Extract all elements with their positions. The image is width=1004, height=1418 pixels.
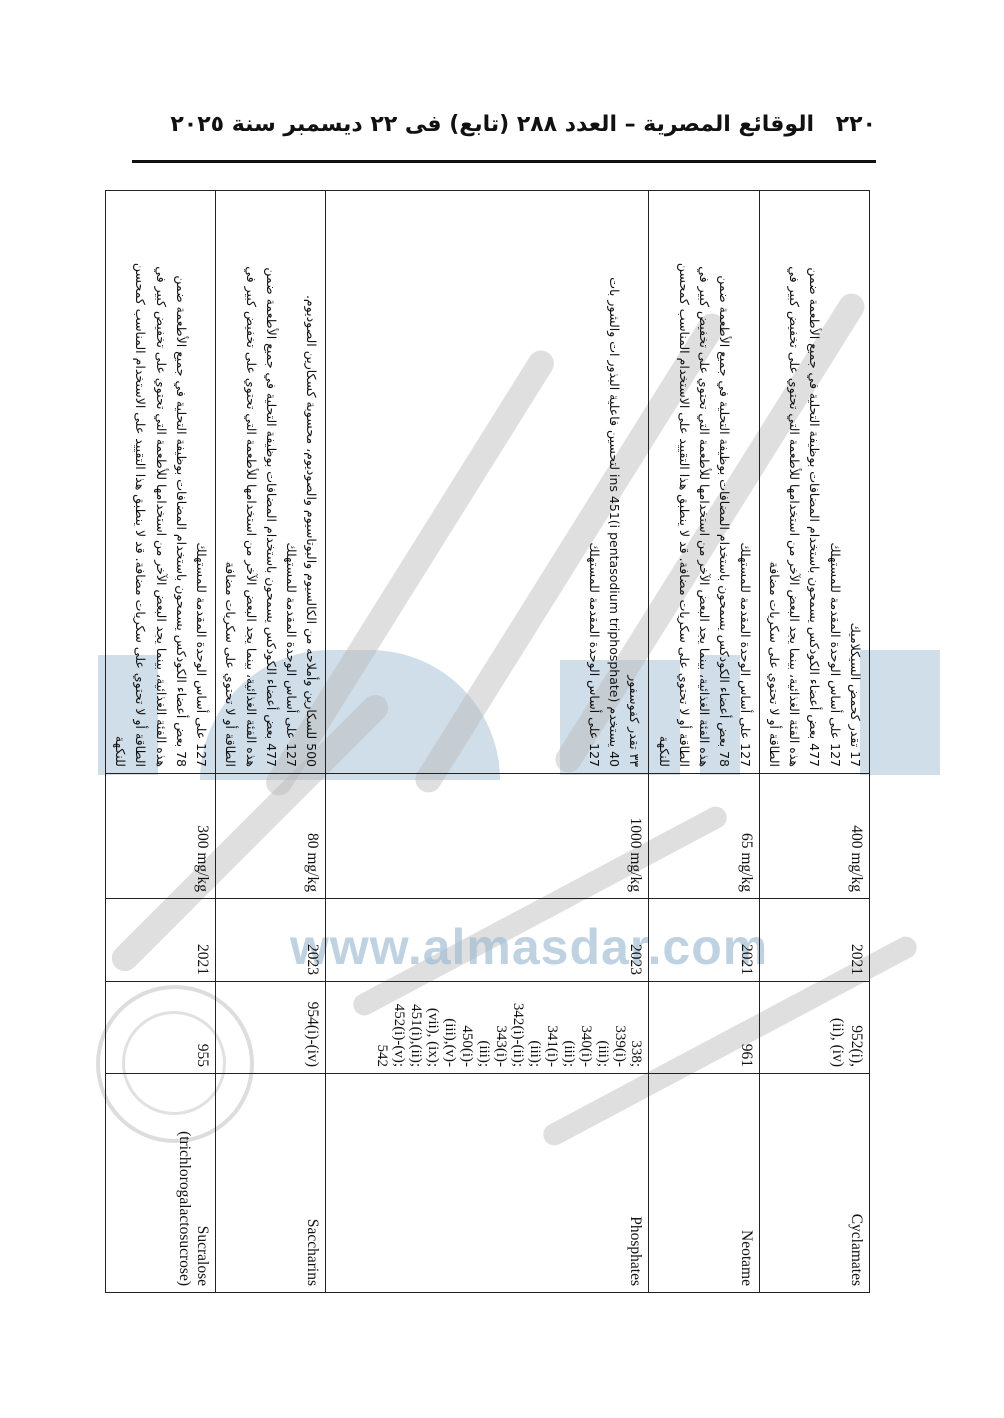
header-rule xyxy=(132,160,876,163)
cell-line: هذه الفئة الغذائية، بينما يجد البعض الآخ… xyxy=(241,197,261,767)
cell-line: الطاقة أو لا تحتوي على سكريات مضافة. قد … xyxy=(674,197,694,767)
ins-number-cell: 955 xyxy=(106,982,216,1074)
cell-line: 17 تقدر كحمض السيكلاميك xyxy=(845,197,865,767)
page-header: ٢٢٠ الوقائع المصرية – العدد ٢٨٨ (تابع) ف… xyxy=(132,112,876,146)
cell-line: 342(i)-(ii); xyxy=(509,988,526,1067)
cell-line: 127 على أساس الوحدة المقدمة للمستهلك xyxy=(191,197,211,767)
ins-number-cell: 954(i)-(iv) xyxy=(216,982,326,1074)
cell-line: 78 بعض أعضاء الكودكس يسمحون باستخدام الم… xyxy=(171,197,191,767)
cell-line: الطاقة أو لا تحتوي على سكريات مضافة xyxy=(220,197,240,767)
cell-line: للنكهة xyxy=(654,197,674,767)
cell-line: 343(i)- xyxy=(492,988,509,1067)
year-adopted-cell: 2023 xyxy=(216,899,326,982)
additive-name-cell: Phosphates xyxy=(326,1074,649,1293)
cell-line: (ii), (iv) xyxy=(828,988,847,1067)
cell-line: 338; xyxy=(628,988,645,1067)
cell-line: Phosphates xyxy=(626,1080,645,1286)
additives-table: 17 تقدر كحمض السيكلاميك127 على أساس الوح… xyxy=(105,190,870,1293)
cell-line: Saccharins xyxy=(303,1080,322,1286)
year-adopted-cell: 2021 xyxy=(759,899,869,982)
notes-cell: 17 تقدر كحمض السيكلاميك127 على أساس الوح… xyxy=(759,191,869,774)
max-level-cell: 300 mg/kg xyxy=(106,774,216,899)
notes-cell: ٣٣ تقدر كفوسفور40 يستخدم (ins 451(i pent… xyxy=(326,191,649,774)
cell-line: 78 بعض أعضاء الكودكس يسمحون باستخدام الم… xyxy=(714,197,734,767)
cell-line: (iii),(v)- xyxy=(441,988,458,1067)
cell-line: (iii); xyxy=(526,988,543,1067)
cell-line: الطاقة أو لا تحتوي على سكريات مضافة. قد … xyxy=(130,197,150,767)
cell-line: الطاقة أو لا تحتوي على سكريات مضافة xyxy=(764,197,784,767)
additive-name-cell: Sucralose(trichlorogalactosucrose) xyxy=(106,1074,216,1293)
table-row: 127 على أساس الوحدة المقدمة للمستهلك78 ب… xyxy=(649,191,759,1293)
table-row: 500 للسكارين وأملاحه من الكالسيوم والبوت… xyxy=(216,191,326,1293)
cell-line: (vii), (ix); xyxy=(424,988,441,1067)
gazette-title: الوقائع المصرية – العدد ٢٨٨ (تابع) فى ٢٢… xyxy=(170,112,814,137)
cell-line: للنكهة xyxy=(110,197,130,767)
max-level-cell: 80 mg/kg xyxy=(216,774,326,899)
additive-name-cell: Cyclamates xyxy=(759,1074,869,1293)
cell-line: هذه الفئة الغذائية، بينما يجد البعض الآخ… xyxy=(694,197,714,767)
cell-line: 450(i)- xyxy=(458,988,475,1067)
cell-line: 954(i)-(iv) xyxy=(303,988,322,1067)
cell-line: هذه الفئة الغذائية، بينما يجد البعض الآخ… xyxy=(151,197,171,767)
cell-line: 961 xyxy=(736,988,755,1067)
page-number: ٢٢٠ xyxy=(836,112,876,137)
cell-line: Neotame xyxy=(736,1080,755,1286)
cell-line: 542 xyxy=(374,988,391,1067)
cell-line: ٣٣ تقدر كفوسفور xyxy=(624,197,644,767)
year-adopted-cell: 2023 xyxy=(326,899,649,982)
cell-line: 127 على أساس الوحدة المقدمة للمستهلك xyxy=(281,197,301,767)
cell-line: 127 على أساس الوحدة المقدمة للمستهلك xyxy=(584,197,604,767)
cell-line: هذه الفئة الغذائية، بينما يجد البعض الآخ… xyxy=(784,197,804,767)
cell-line: 340(i)- xyxy=(577,988,594,1067)
ins-number-cell: 961 xyxy=(649,982,759,1074)
cell-line: (iii); xyxy=(560,988,577,1067)
cell-line: (iii); xyxy=(475,988,492,1067)
year-adopted-cell: 2021 xyxy=(106,899,216,982)
additive-name-cell: Saccharins xyxy=(216,1074,326,1293)
table-row: 127 على أساس الوحدة المقدمة للمستهلك78 ب… xyxy=(106,191,216,1293)
additives-table-container: 17 تقدر كحمض السيكلاميك127 على أساس الوح… xyxy=(133,190,870,1292)
cell-line: 452(i)-(v); xyxy=(390,988,407,1067)
table-row: ٣٣ تقدر كفوسفور40 يستخدم (ins 451(i pent… xyxy=(326,191,649,1293)
cell-line: 341(i)- xyxy=(543,988,560,1067)
cell-line: 451(i),(ii); xyxy=(407,988,424,1067)
cell-line: Sucralose xyxy=(193,1080,212,1286)
cell-line: 477 بعض أعضاء الكودكس يسمحون باستخدام ال… xyxy=(261,197,281,767)
max-level-cell: 1000 mg/kg xyxy=(326,774,649,899)
notes-cell: 127 على أساس الوحدة المقدمة للمستهلك78 ب… xyxy=(649,191,759,774)
ins-number-cell: 952(i),(ii), (iv) xyxy=(759,982,869,1074)
notes-cell: 127 على أساس الوحدة المقدمة للمستهلك78 ب… xyxy=(106,191,216,774)
table-row: 17 تقدر كحمض السيكلاميك127 على أساس الوح… xyxy=(759,191,869,1293)
rotated-page-content: 17 تقدر كحمض السيكلاميك127 على أساس الوح… xyxy=(133,190,870,1292)
cell-line: Cyclamates xyxy=(846,1080,865,1286)
cell-line: 40 يستخدم (ins 451(i pentasodium triphos… xyxy=(604,197,624,767)
cell-line: 955 xyxy=(193,988,212,1067)
cell-line: 500 للسكارين وأملاحه من الكالسيوم والبوت… xyxy=(301,197,321,767)
ins-number-cell: 338;339(i)-(iii);340(i)-(iii);341(i)-(ii… xyxy=(326,982,649,1074)
max-level-cell: 400 mg/kg xyxy=(759,774,869,899)
additive-name-cell: Neotame xyxy=(649,1074,759,1293)
cell-line: 952(i), xyxy=(846,988,865,1067)
cell-line: 477 بعض أعضاء الكودكس يسمحون باستخدام ال… xyxy=(804,197,824,767)
max-level-cell: 65 mg/kg xyxy=(649,774,759,899)
cell-line: 127 على أساس الوحدة المقدمة للمستهلك xyxy=(735,197,755,767)
cell-line: (iii); xyxy=(594,988,611,1067)
cell-line: 339(i)- xyxy=(611,988,628,1067)
cell-line: 127 على أساس الوحدة المقدمة للمستهلك xyxy=(825,197,845,767)
watermark-block xyxy=(860,650,940,775)
year-adopted-cell: 2021 xyxy=(649,899,759,982)
notes-cell: 500 للسكارين وأملاحه من الكالسيوم والبوت… xyxy=(216,191,326,774)
cell-line: (trichlorogalactosucrose) xyxy=(174,1080,193,1286)
